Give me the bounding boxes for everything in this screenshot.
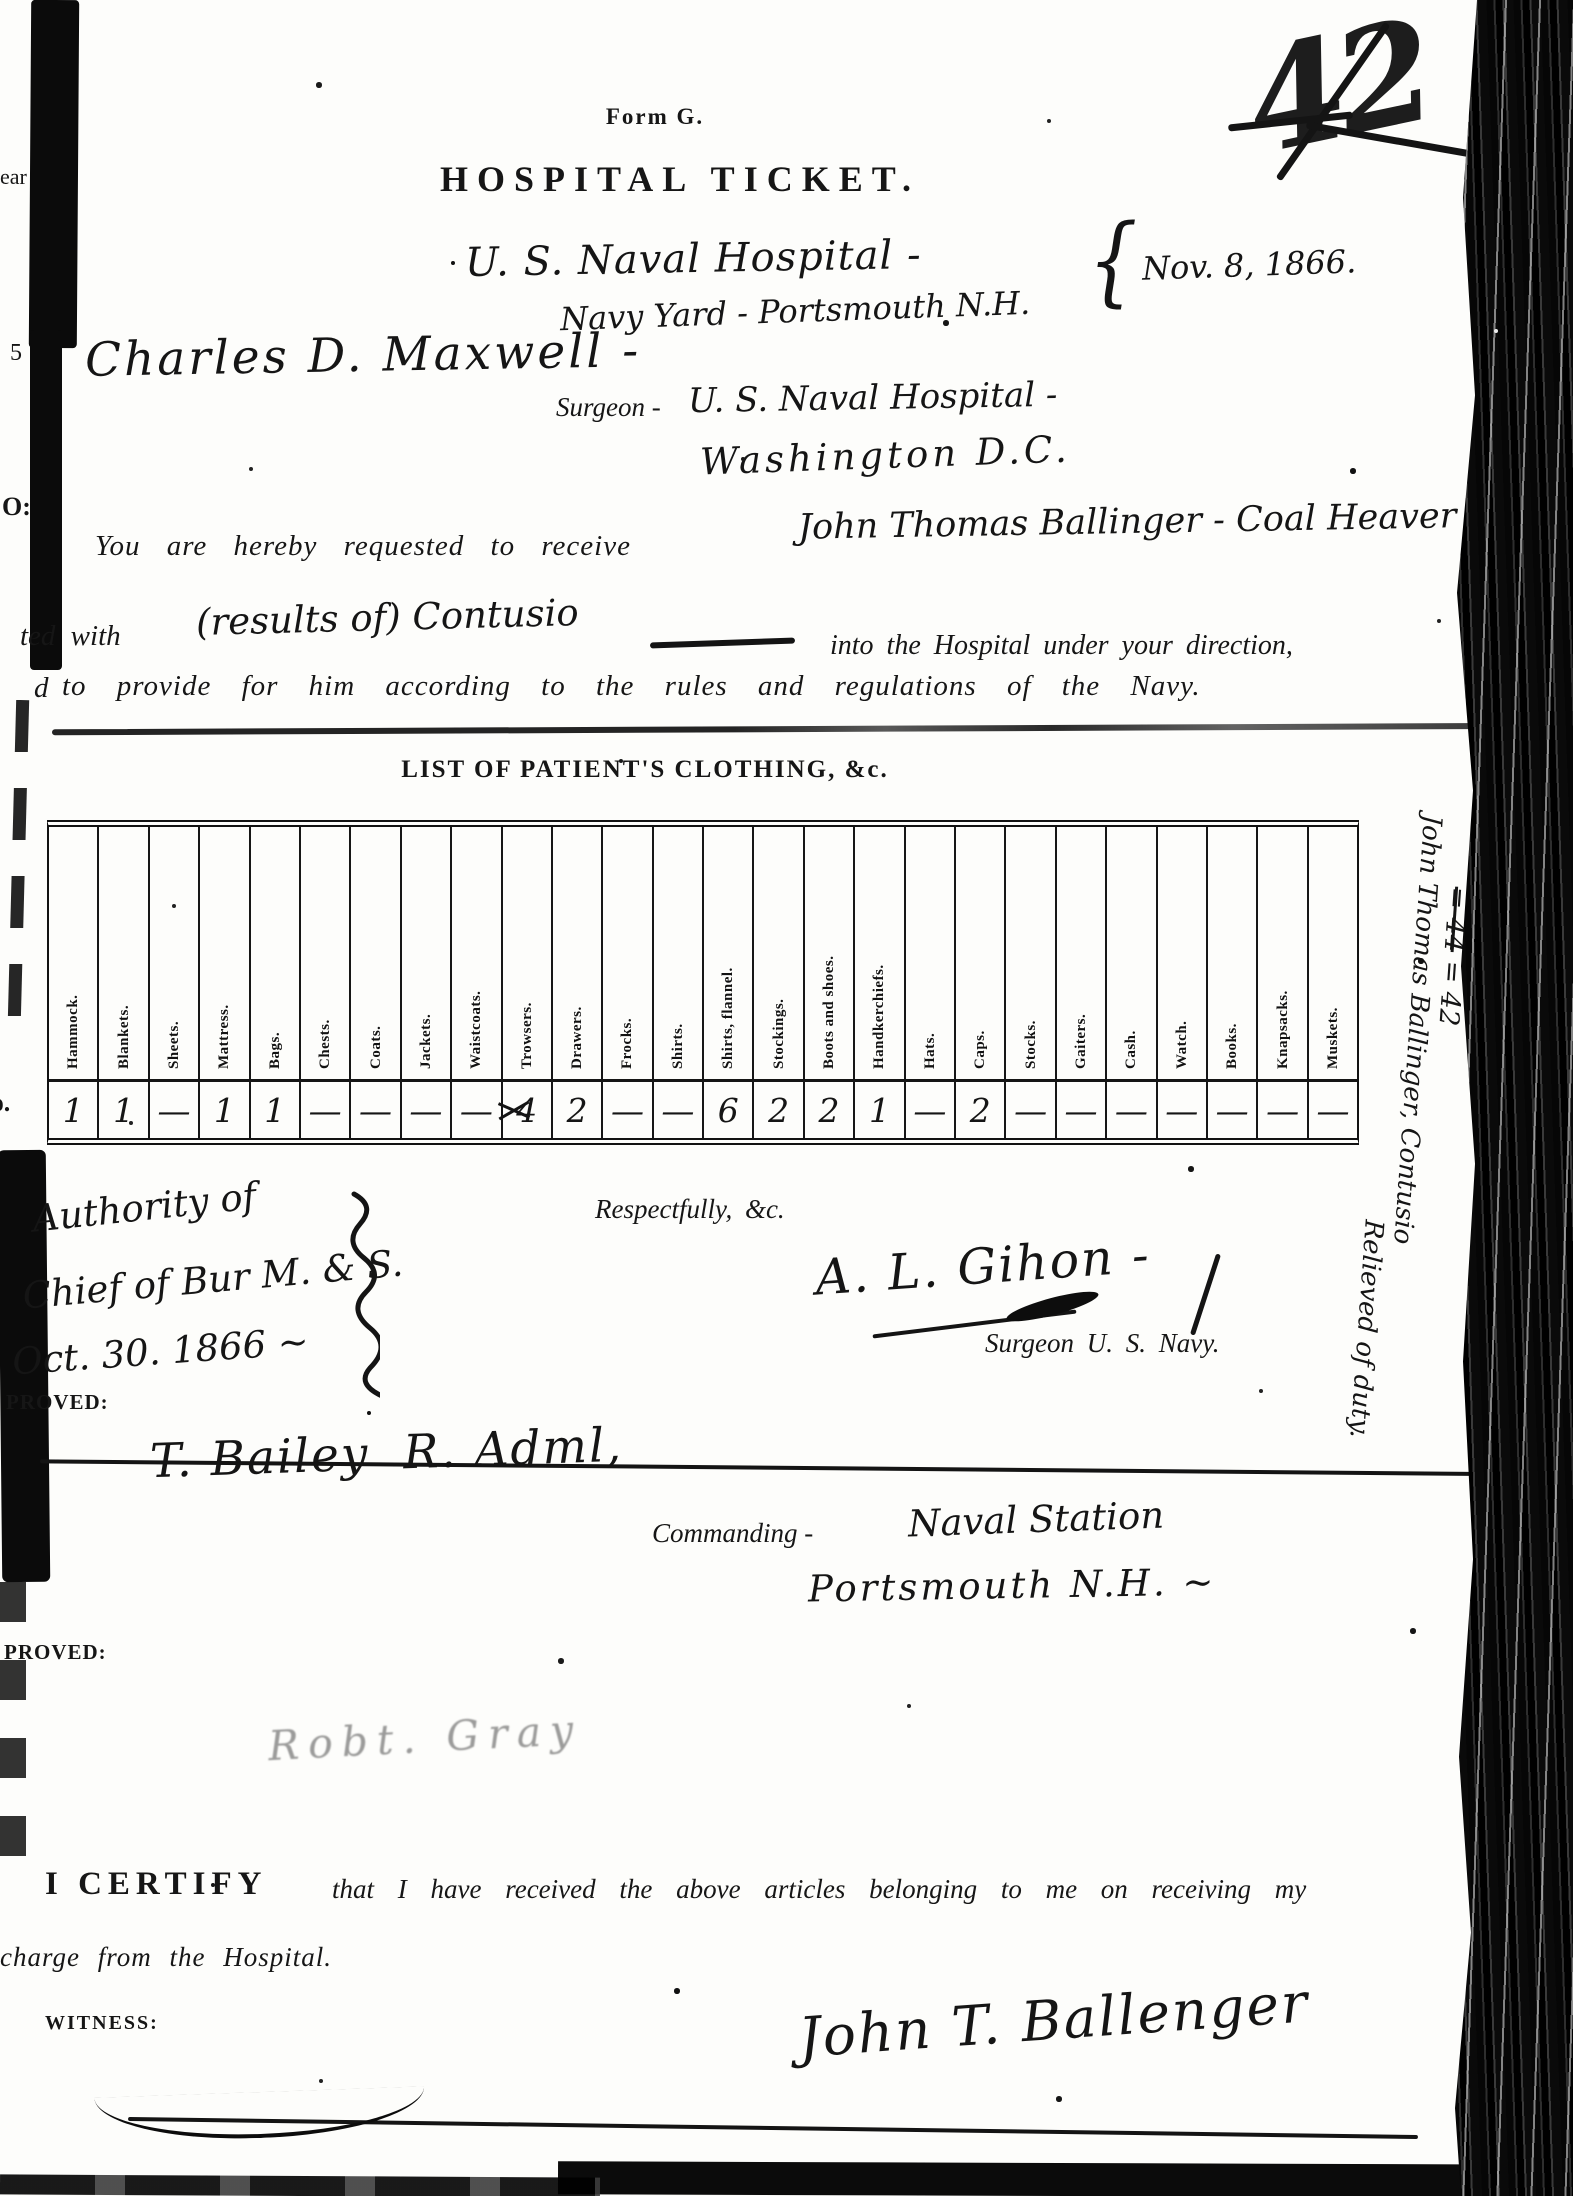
clothing-column: Mattress.1 (198, 827, 248, 1138)
diagnosis-dash-stroke (650, 637, 795, 648)
scan-band-bottom-left (0, 2174, 600, 2196)
clothing-column-label: Frocks. (619, 1018, 636, 1069)
clothing-column-header: Frocks. (603, 827, 651, 1079)
date-line: Nov. 8, 1866. (1141, 242, 1356, 287)
clothing-column: Frocks.— (601, 827, 651, 1138)
clothing-column: Knapsacks.— (1256, 827, 1306, 1138)
clothing-column: Sheets.— (148, 827, 198, 1138)
clothing-column-header: Blankets. (99, 827, 147, 1079)
clothing-column-label: Books. (1224, 1023, 1241, 1069)
clothing-column-header: Stockings. (754, 827, 802, 1079)
scan-curve-bottom-left (94, 2086, 425, 2143)
clothing-column-label: Shirts. (670, 1023, 687, 1069)
clothing-column-value: — (1006, 1079, 1054, 1138)
clothing-column: Hats.— (904, 827, 954, 1138)
clothing-column-label: Bags. (267, 1032, 284, 1069)
clothing-column-label: Handkerchiefs. (871, 964, 888, 1069)
commanding-handwritten: Naval Station (907, 1494, 1164, 1546)
approved-label-1: PROVED: (6, 1390, 109, 1415)
surgeon-signature: A. L. Gihon - (813, 1226, 1152, 1306)
clothing-column-value: 4 (503, 1079, 551, 1138)
book-binding-edge (1455, 0, 1573, 2196)
clothing-column-label: Sheets. (166, 1021, 183, 1069)
clothing-column-header: Trowsers. (503, 827, 551, 1079)
scan-band-left-top (29, 0, 79, 348)
clothing-column-value: — (1309, 1079, 1357, 1138)
clothing-column-header: Bags. (251, 827, 299, 1079)
addressee-city: Washington D.C. (699, 428, 1071, 484)
clothing-column: Cash.— (1105, 827, 1155, 1138)
clothing-column-value: 1 (251, 1079, 299, 1138)
clothing-column-label: Mattress. (216, 1004, 233, 1069)
clothing-column-header: Caps. (956, 827, 1004, 1079)
request-line3-fragment: d (34, 672, 49, 705)
clothing-column-label: Cash. (1123, 1030, 1140, 1069)
clothing-column: Watch.— (1156, 827, 1206, 1138)
addressee-name: Charles D. Maxwell - (85, 323, 642, 388)
clothing-column-value: 1 (200, 1079, 248, 1138)
clothing-column: Handkerchiefs.1 (853, 827, 903, 1138)
clothing-column: Jackets.— (400, 827, 450, 1138)
clothing-column-value: — (301, 1079, 349, 1138)
request-line2-fragment: ted with (20, 620, 121, 653)
clothing-column: Trowsers.4 (501, 827, 551, 1138)
clothing-column: Books.— (1206, 827, 1256, 1138)
authority-line1: Authority of (30, 1174, 258, 1240)
clothing-column-value: — (1258, 1079, 1306, 1138)
clothing-column-label: Shirts, flannel. (720, 967, 737, 1069)
scan-band-bottom-right (558, 2161, 1573, 2196)
clothing-column-header: Books. (1208, 827, 1256, 1079)
margin-fragment-2: 5 (10, 340, 22, 367)
scan-noise-speckles (0, 0, 2, 2)
clothing-column-label: Knapsacks. (1275, 990, 1292, 1069)
clothing-column: Boots and shoes.2 (803, 827, 853, 1138)
clothing-column-label: Watch. (1174, 1021, 1191, 1069)
clothing-column-label: Waistcoats. (468, 991, 485, 1069)
clothing-list-title: LIST OF PATIENT'S CLOTHING, &c. (395, 756, 895, 784)
clothing-column-label: Caps. (972, 1030, 989, 1069)
clothing-column-value: — (603, 1079, 651, 1138)
margin-pen-stroke (1190, 1253, 1221, 1335)
witness-label: WITNESS: (45, 2012, 159, 2035)
clothing-column-value: — (906, 1079, 954, 1138)
clothing-column-value: — (654, 1079, 702, 1138)
clothing-column-label: Jackets. (418, 1014, 435, 1069)
clothing-column: Bags.1 (249, 827, 299, 1138)
clothing-table: Hammock.1Blankets.1Sheets.—Mattress.1Bag… (47, 820, 1359, 1145)
certify-caps: I CERTIFY (45, 1866, 267, 1903)
clothing-column-header: Handkerchiefs. (855, 827, 903, 1079)
clothing-column-header: Knapsacks. (1258, 827, 1306, 1079)
approval-signature-bailey: T. Bailey R. Adml, (149, 1418, 624, 1489)
clothing-column-label: Hats. (922, 1033, 939, 1069)
clothing-column-header: Mattress. (200, 827, 248, 1079)
addressee-handwritten-title: U. S. Naval Hospital - (688, 375, 1058, 421)
clothing-column-header: Stocks. (1006, 827, 1054, 1079)
request-line1: You are hereby requested to receive (95, 530, 631, 563)
clothing-column: Muskets.— (1307, 827, 1357, 1138)
clothing-column-label: Blankets. (116, 1005, 133, 1069)
clothing-column: Caps.2 (954, 827, 1004, 1138)
margin-note: = 44 = 42 John Thomas Ballinger, Contusi… (1341, 812, 1478, 1477)
clothing-column-header: Shirts. (654, 827, 702, 1079)
clothing-column-header: Hammock. (49, 827, 97, 1079)
clothing-column-header: Jackets. (402, 827, 450, 1079)
clothing-column-label: Muskets. (1325, 1007, 1342, 1069)
margin-fragment-1: ear (0, 164, 27, 190)
clothing-column: Stockings.2 (752, 827, 802, 1138)
clothing-column: Stocks.— (1004, 827, 1054, 1138)
clothing-column-value: 2 (553, 1079, 601, 1138)
clothing-column-label: Stocks. (1023, 1020, 1040, 1069)
commanding-printed: Commanding - (652, 1518, 813, 1549)
clothing-column-value: — (402, 1079, 450, 1138)
clothing-column-label: Chests. (317, 1019, 334, 1069)
faint-signature: Robt. Gray (267, 1706, 583, 1770)
scan-band-left-broken (8, 700, 29, 1020)
scan-band-left-bottom (0, 1582, 26, 1882)
clothing-column-value: 1 (855, 1079, 903, 1138)
clothing-column: Waistcoats.— (450, 827, 500, 1138)
smudge-rule (52, 723, 1567, 736)
clothing-column-value: 2 (754, 1079, 802, 1138)
clothing-row-label: No. (0, 1088, 10, 1118)
clothing-column-label: Hammock. (65, 995, 82, 1069)
clothing-column-value: — (1057, 1079, 1105, 1138)
form-label: Form G. (575, 104, 735, 130)
clothing-column-value: 6 (704, 1079, 752, 1138)
clothing-column: Shirts, flannel.6 (702, 827, 752, 1138)
clothing-column-header: Cash. (1107, 827, 1155, 1079)
diagnosis: (results of) Contusio (196, 591, 580, 644)
clothing-column-value: 2 (805, 1079, 853, 1138)
clothing-column: Blankets.1 (97, 827, 147, 1138)
clothing-column: Coats.— (349, 827, 399, 1138)
clothing-column-label: Stockings. (771, 999, 788, 1069)
date-brace: { (1088, 212, 1138, 310)
clothing-column-header: Watch. (1158, 827, 1206, 1079)
clothing-column-value: — (452, 1079, 500, 1138)
clothing-column-value: — (1158, 1079, 1206, 1138)
clothing-column-header: Sheets. (150, 827, 198, 1079)
clothing-column-label: Drawers. (569, 1006, 586, 1069)
clothing-column: Drawers.2 (551, 827, 601, 1138)
clothing-column-header: Drawers. (553, 827, 601, 1079)
clothing-column-header: Gaiters. (1057, 827, 1105, 1079)
clothing-column-header: Muskets. (1309, 827, 1357, 1079)
patient-signature: John T. Ballenger (796, 1970, 1311, 2070)
clothing-column-header: Coats. (351, 827, 399, 1079)
request-line2-printed: into the Hospital under your direction, (830, 630, 1293, 662)
request-line3: to provide for him according to the rule… (62, 670, 1201, 703)
clothing-column-label: Coats. (368, 1026, 385, 1069)
patient-name: John Thomas Ballinger - Coal Heaver (798, 496, 1457, 547)
margin-fragment-3: O: (2, 492, 31, 522)
addressee-printed-title: Surgeon - (556, 392, 661, 423)
clothing-column-label: Boots and shoes. (821, 956, 838, 1069)
page-title: HOSPITAL TICKET. (430, 158, 930, 200)
authority-brace-squiggle (320, 1190, 380, 1400)
clothing-column-value: — (1208, 1079, 1256, 1138)
clothing-column-value: 2 (956, 1079, 1004, 1138)
clothing-column: Shirts.— (652, 827, 702, 1138)
clothing-column: Chests.— (299, 827, 349, 1138)
clothing-column-header: Waistcoats. (452, 827, 500, 1079)
clothing-column-header: Shirts, flannel. (704, 827, 752, 1079)
certify-line1: that I have received the above articles … (332, 1874, 1306, 1905)
scan-band-left-mid (30, 330, 62, 670)
clothing-column-value: — (1107, 1079, 1155, 1138)
authority-line3: Oct. 30. 1866 ~ (11, 1320, 310, 1384)
clothing-column-value: — (150, 1079, 198, 1138)
institution-line: U. S. Naval Hospital - (465, 232, 922, 286)
clothing-column-header: Boots and shoes. (805, 827, 853, 1079)
clothing-column-label: Gaiters. (1073, 1014, 1090, 1069)
clothing-column: Gaiters.— (1055, 827, 1105, 1138)
certify-line2: charge from the Hospital. (0, 1942, 332, 1973)
approved-label-2: PROVED: (4, 1640, 107, 1665)
clothing-column: Hammock.1 (49, 827, 97, 1138)
hospital-ticket-document: ear 5 O: 42 Form G. HOSPITAL TICKET. U. … (0, 0, 1573, 2196)
clothing-column-value: — (351, 1079, 399, 1138)
clothing-column-label: Trowsers. (519, 1002, 536, 1069)
clothing-column-header: Chests. (301, 827, 349, 1079)
approval-location: Portsmouth N.H. ~ (808, 1560, 1217, 1610)
surgeon-title: Surgeon U. S. Navy. (985, 1328, 1219, 1359)
clothing-column-header: Hats. (906, 827, 954, 1079)
clothing-column-value: 1 (99, 1079, 147, 1138)
clothing-column-value: 1 (49, 1079, 97, 1138)
respectfully-line: Respectfully, &c. (595, 1194, 785, 1225)
